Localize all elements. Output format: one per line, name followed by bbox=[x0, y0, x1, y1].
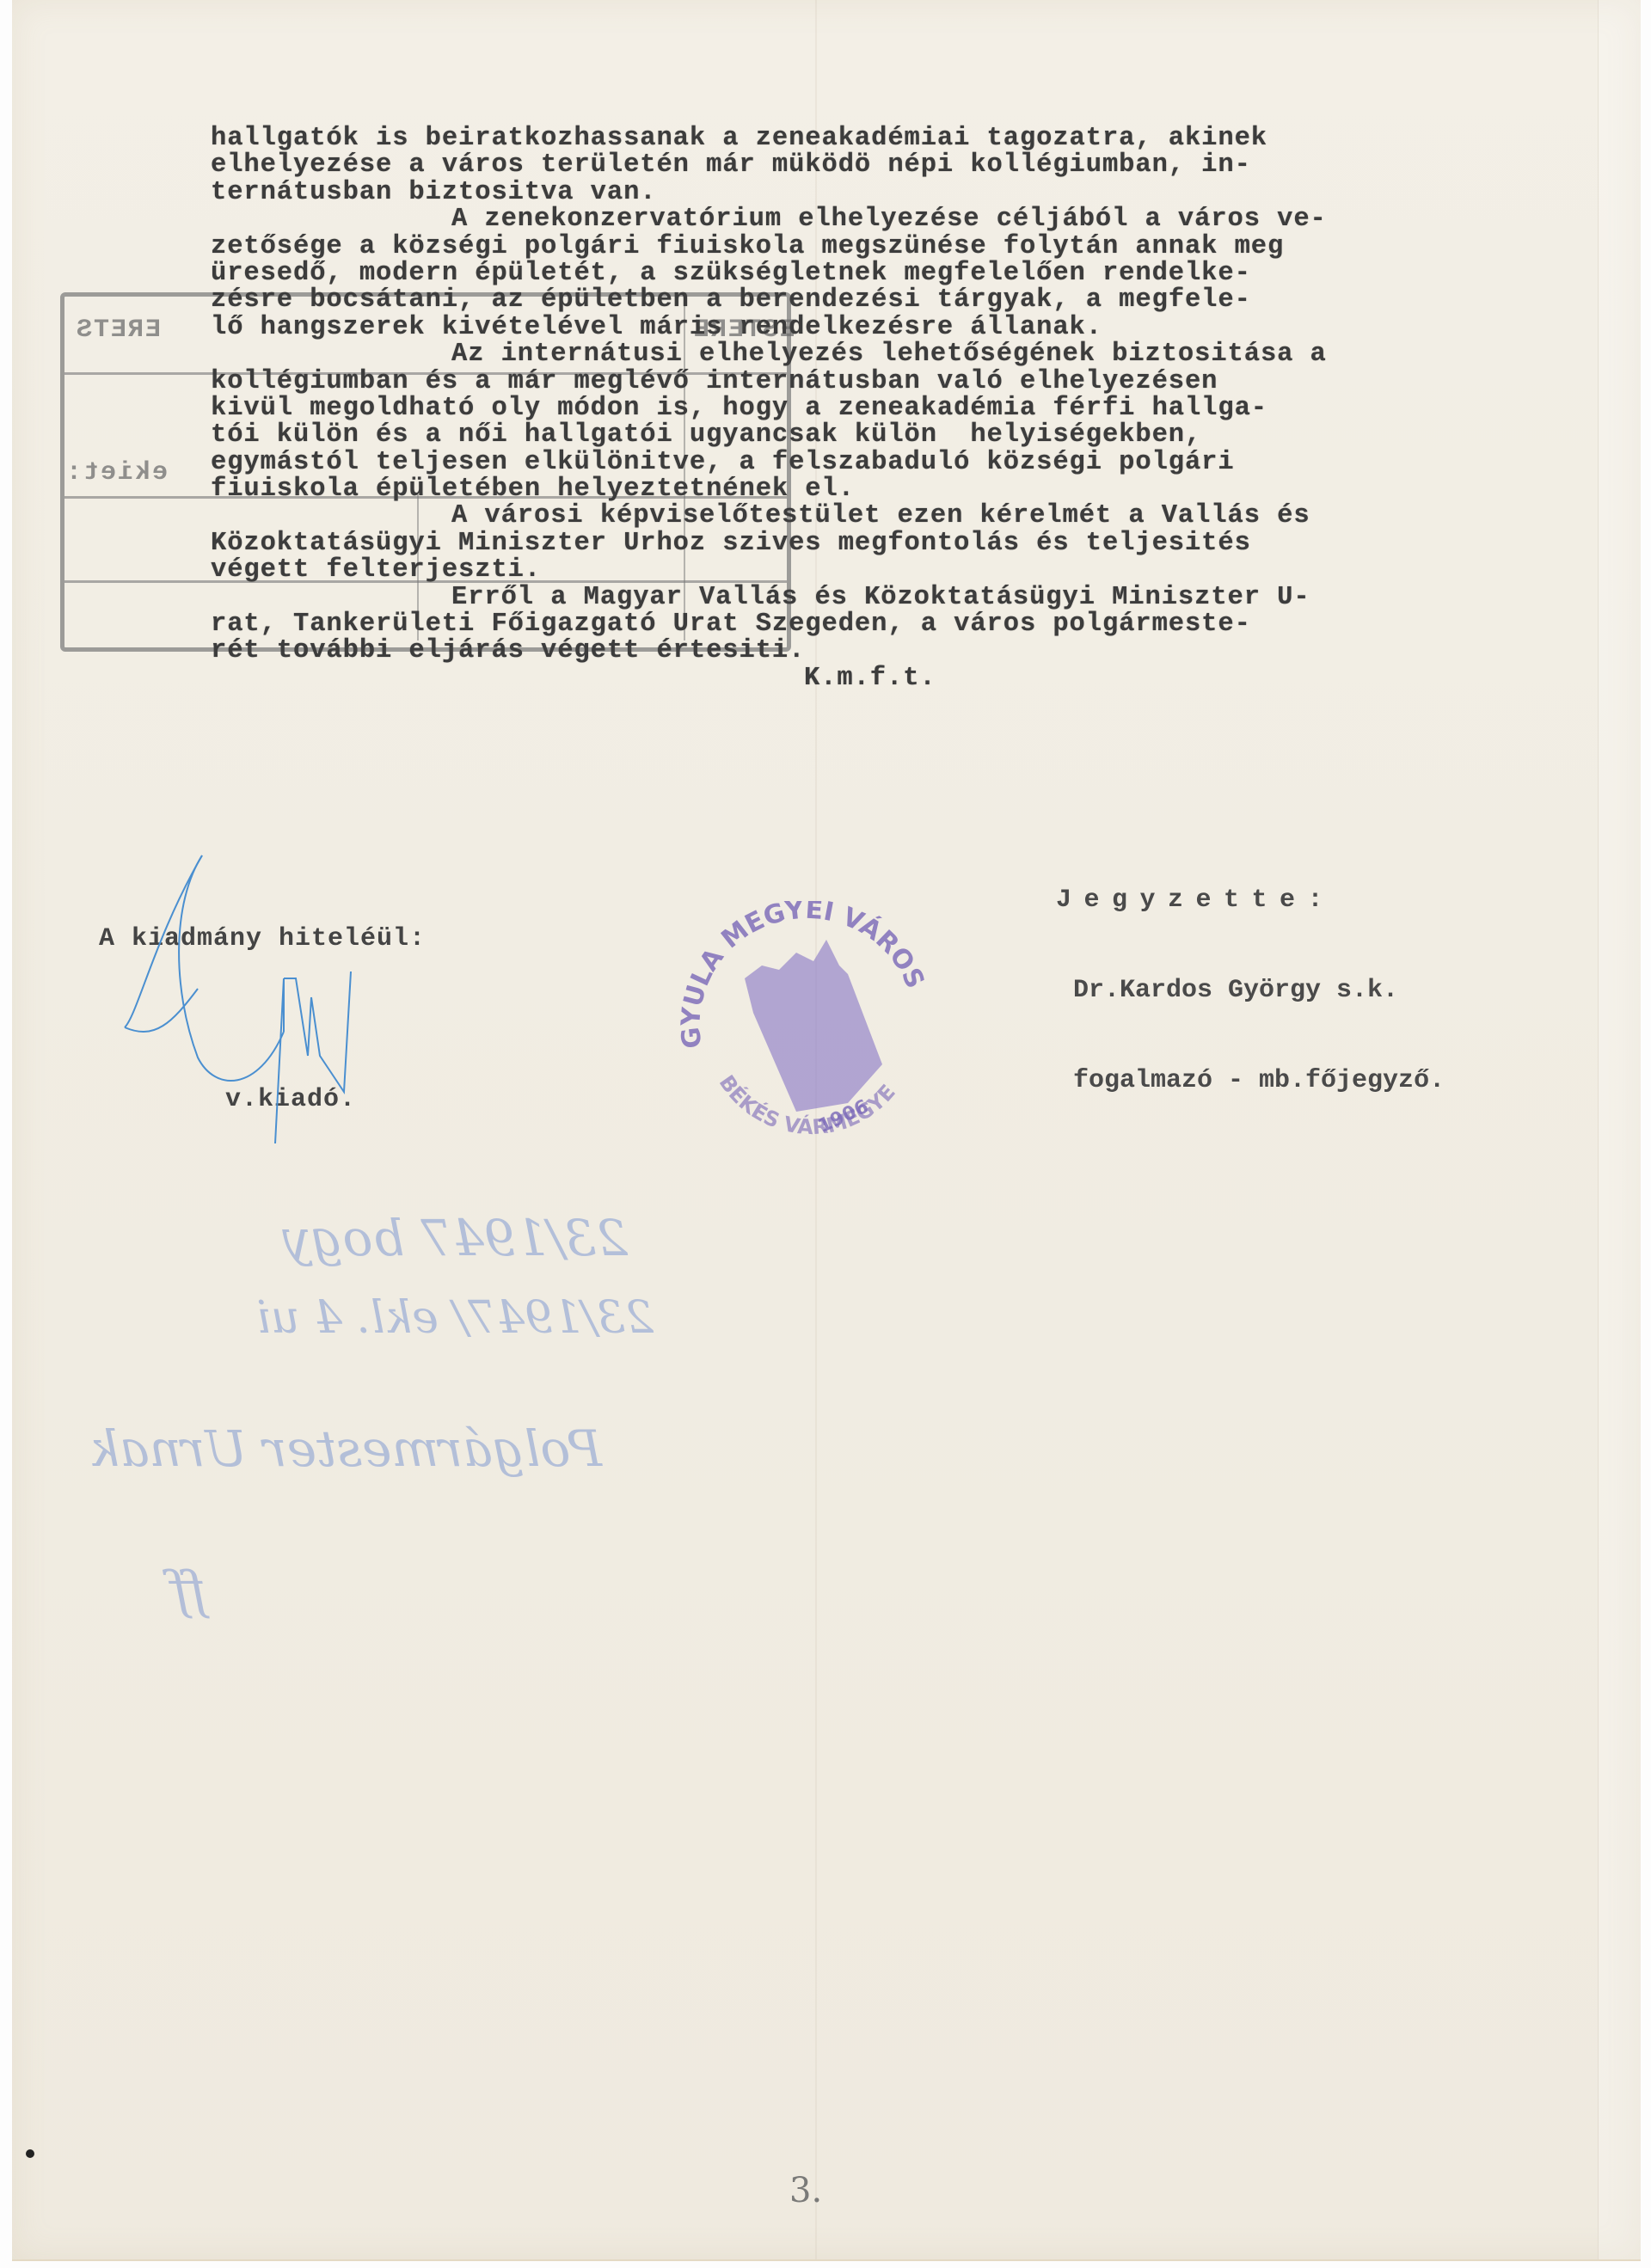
body-line: rét további eljárás végett értesiti. bbox=[211, 638, 1604, 665]
recorder-heading: Jegyzette: bbox=[1056, 886, 1445, 916]
city-seal-icon: GYULA MEGYEI VÁROS BÉKÉS VÁRMEGYE 1906 bbox=[667, 901, 942, 1159]
body-line: tói külön és a női hallgatói ugyancsak k… bbox=[211, 422, 1604, 449]
body-line: rat, Tankerületi Főigazgató Urat Szegede… bbox=[211, 611, 1604, 638]
body-line: elhelyezése a város területén már müködö… bbox=[211, 152, 1604, 179]
body-line: A városi képviselőtestület ezen kérelmét… bbox=[211, 503, 1604, 530]
recorder-block: Jegyzette: Dr.Kardos György s.k. fogalma… bbox=[1056, 825, 1445, 1126]
body-line: fiuiskola épületében helyeztetnének el. bbox=[211, 476, 1604, 503]
bleed-through-handwriting: 23/1947 bogy 23/1947/ ekl. 4 ui Polgárme… bbox=[0, 1186, 825, 1634]
body-line: végett felterjeszti. bbox=[211, 557, 1604, 584]
stamp-fragment-left: ERETS bbox=[75, 316, 161, 345]
svg-text:23/1947 bogy: 23/1947 bogy bbox=[281, 1209, 629, 1267]
svg-text:23/1947/ ekl. 4 ui: 23/1947/ ekl. 4 ui bbox=[256, 1292, 654, 1344]
body-line: kivül megoldható oly módon is, hogy a ze… bbox=[211, 395, 1604, 422]
body-line: lő hangszerek kivételével máris rendelke… bbox=[211, 315, 1604, 341]
recorder-name: Dr.Kardos György s.k. bbox=[1056, 976, 1445, 1006]
body-line: ternátusban biztositva van. bbox=[211, 180, 1604, 206]
body-line: Az internátusi elhelyezés lehetőségének … bbox=[211, 341, 1604, 368]
body-line: üresedő, modern épületét, a szükségletne… bbox=[211, 261, 1604, 287]
typewritten-body: hallgatók is beiratkozhassanak a zeneaka… bbox=[211, 126, 1604, 692]
body-line: zésre bocsátani, az épületben a berendez… bbox=[211, 287, 1604, 314]
closing-formula: K.m.f.t. bbox=[211, 665, 1604, 692]
ink-spot bbox=[26, 2149, 34, 2158]
body-line: hallgatók is beiratkozhassanak a zeneaka… bbox=[211, 126, 1604, 152]
svg-text:Polgármester Urnak: Polgármester Urnak bbox=[89, 1419, 603, 1478]
page-number: 3. bbox=[789, 2171, 822, 2210]
signature-icon bbox=[120, 834, 430, 1143]
body-line: A zenekonzervatórium elhelyezése céljábó… bbox=[211, 206, 1604, 233]
body-line: Közoktatásügyi Miniszter Urhoz szives me… bbox=[211, 530, 1604, 557]
body-line: kollégiumban és a már meglévő internátus… bbox=[211, 369, 1604, 395]
stamp-fragment-kelt: ekiet: bbox=[64, 458, 168, 487]
body-line: zetősége a községi polgári fiuiskola meg… bbox=[211, 234, 1604, 261]
body-line: Erről a Magyar Vallás és Közoktatásügyi … bbox=[211, 585, 1604, 611]
svg-text:ff: ff bbox=[162, 1560, 210, 1621]
recorder-title: fogalmazó - mb.főjegyző. bbox=[1056, 1066, 1445, 1096]
body-line: egymástól teljesen elkülönitve, a felsza… bbox=[211, 450, 1604, 476]
paper-edge-strip bbox=[1598, 0, 1642, 2259]
